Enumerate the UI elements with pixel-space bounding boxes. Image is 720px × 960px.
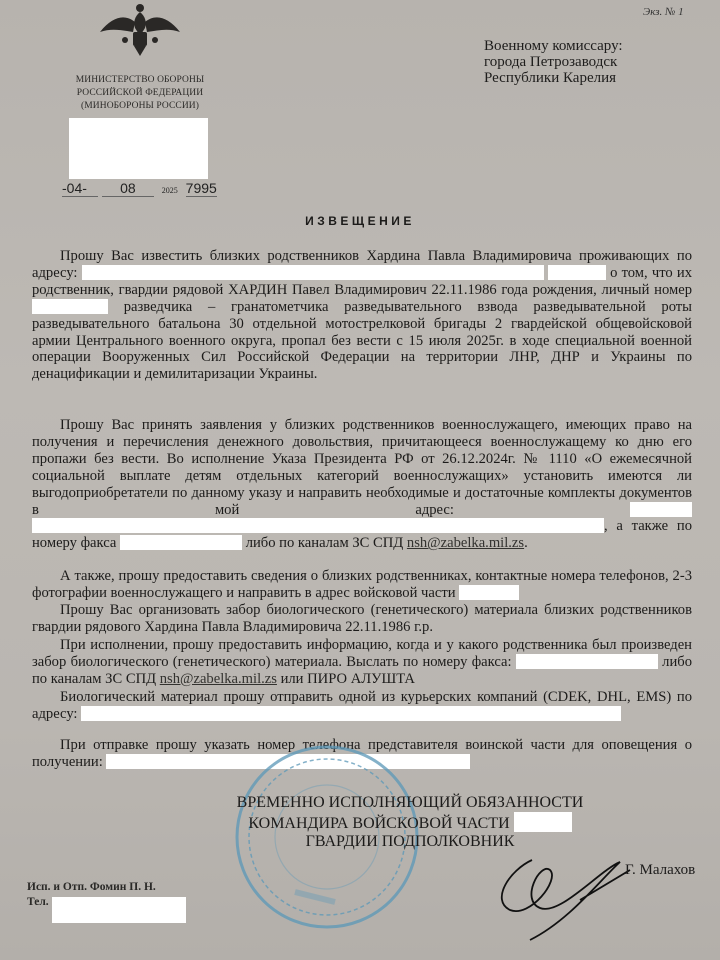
addressee-line: Военному комиссару:	[484, 38, 623, 54]
redacted-address	[630, 502, 692, 517]
paragraph-6: Биологический материал прошу отправить о…	[32, 689, 692, 723]
paragraph-4: Прошу Вас организовать забор биологическ…	[32, 602, 692, 636]
p1-text-c: разведчика – гранатометчика разведывател…	[32, 299, 692, 383]
redacted-address-cont	[32, 518, 604, 533]
p5-text-c: или ПИРО АЛУШТА	[281, 671, 415, 687]
signatory-name: Г. Малахов	[625, 862, 695, 879]
redacted-address-cont	[548, 265, 606, 280]
paragraph-5: При исполнении, прошу предоставить инфор…	[32, 637, 692, 688]
email-link[interactable]: nsh@zabelka.mil.zs	[160, 671, 277, 687]
signatory-title-text: КОМАНДИРА ВОЙСКОВОЙ ЧАСТИ	[248, 815, 509, 832]
addressee: Военному комиссару: города Петрозаводск …	[484, 38, 623, 86]
redacted-block	[69, 118, 208, 179]
copy-number: Экз. № 1	[643, 6, 684, 18]
redacted-unit-number	[514, 812, 572, 832]
reg-number: 7995	[186, 180, 217, 197]
paragraph-1: Прошу Вас известить близких родственнико…	[32, 248, 692, 383]
ministry-line: МИНИСТЕРСТВО ОБОРОНЫ	[60, 74, 220, 87]
redacted-fax	[516, 654, 658, 669]
p3-text: А также, прошу предоставить сведения о б…	[32, 568, 692, 601]
redacted-address	[82, 265, 544, 280]
double-headed-eagle-icon	[95, 2, 185, 58]
ministry-header: МИНИСТЕРСТВО ОБОРОНЫ РОССИЙСКОЙ ФЕДЕРАЦИ…	[60, 74, 220, 113]
signatory-title-line1: ВРЕМЕННО ИСПОЛНЯЮЩИЙ ОБЯЗАННОСТИ	[200, 794, 620, 812]
redacted-address	[81, 706, 621, 721]
paragraph-2: Прошу Вас принять заявления у близких ро…	[32, 417, 692, 552]
executor-phone-label: Тел.	[27, 896, 49, 908]
redacted-personal-number	[32, 299, 108, 314]
redacted-phone	[52, 897, 186, 923]
document-title: ИЗВЕЩЕНИЕ	[0, 214, 720, 228]
ministry-line: РОССИЙСКОЙ ФЕДЕРАЦИИ	[60, 87, 220, 100]
email-link[interactable]: nsh@zabelka.mil.zs	[407, 535, 524, 551]
p2-text-c: либо по каналам ЗС СПД	[246, 535, 404, 551]
reg-year: 2025	[162, 186, 178, 195]
period: .	[524, 535, 528, 551]
p4-text: Прошу Вас организовать забор биологическ…	[32, 602, 692, 636]
paragraph-3: А также, прошу предоставить сведения о б…	[32, 568, 692, 602]
executor-name: Исп. и Отп. Фомин П. Н.	[27, 880, 156, 895]
addressee-line: города Петрозаводск	[484, 54, 623, 70]
reg-month: 08	[102, 180, 154, 197]
redacted-unit-number	[459, 585, 519, 600]
reg-day: 04	[67, 180, 83, 196]
addressee-line: Республики Карелия	[484, 70, 623, 86]
registration-line: -04- 08 2025 7995	[62, 180, 217, 197]
redacted-fax	[120, 535, 242, 550]
handwritten-signature-icon	[480, 830, 640, 950]
ministry-line: (МИНОБОРОНЫ РОССИИ)	[60, 100, 220, 113]
p2-text-a: Прошу Вас принять заявления у близких ро…	[32, 417, 692, 518]
